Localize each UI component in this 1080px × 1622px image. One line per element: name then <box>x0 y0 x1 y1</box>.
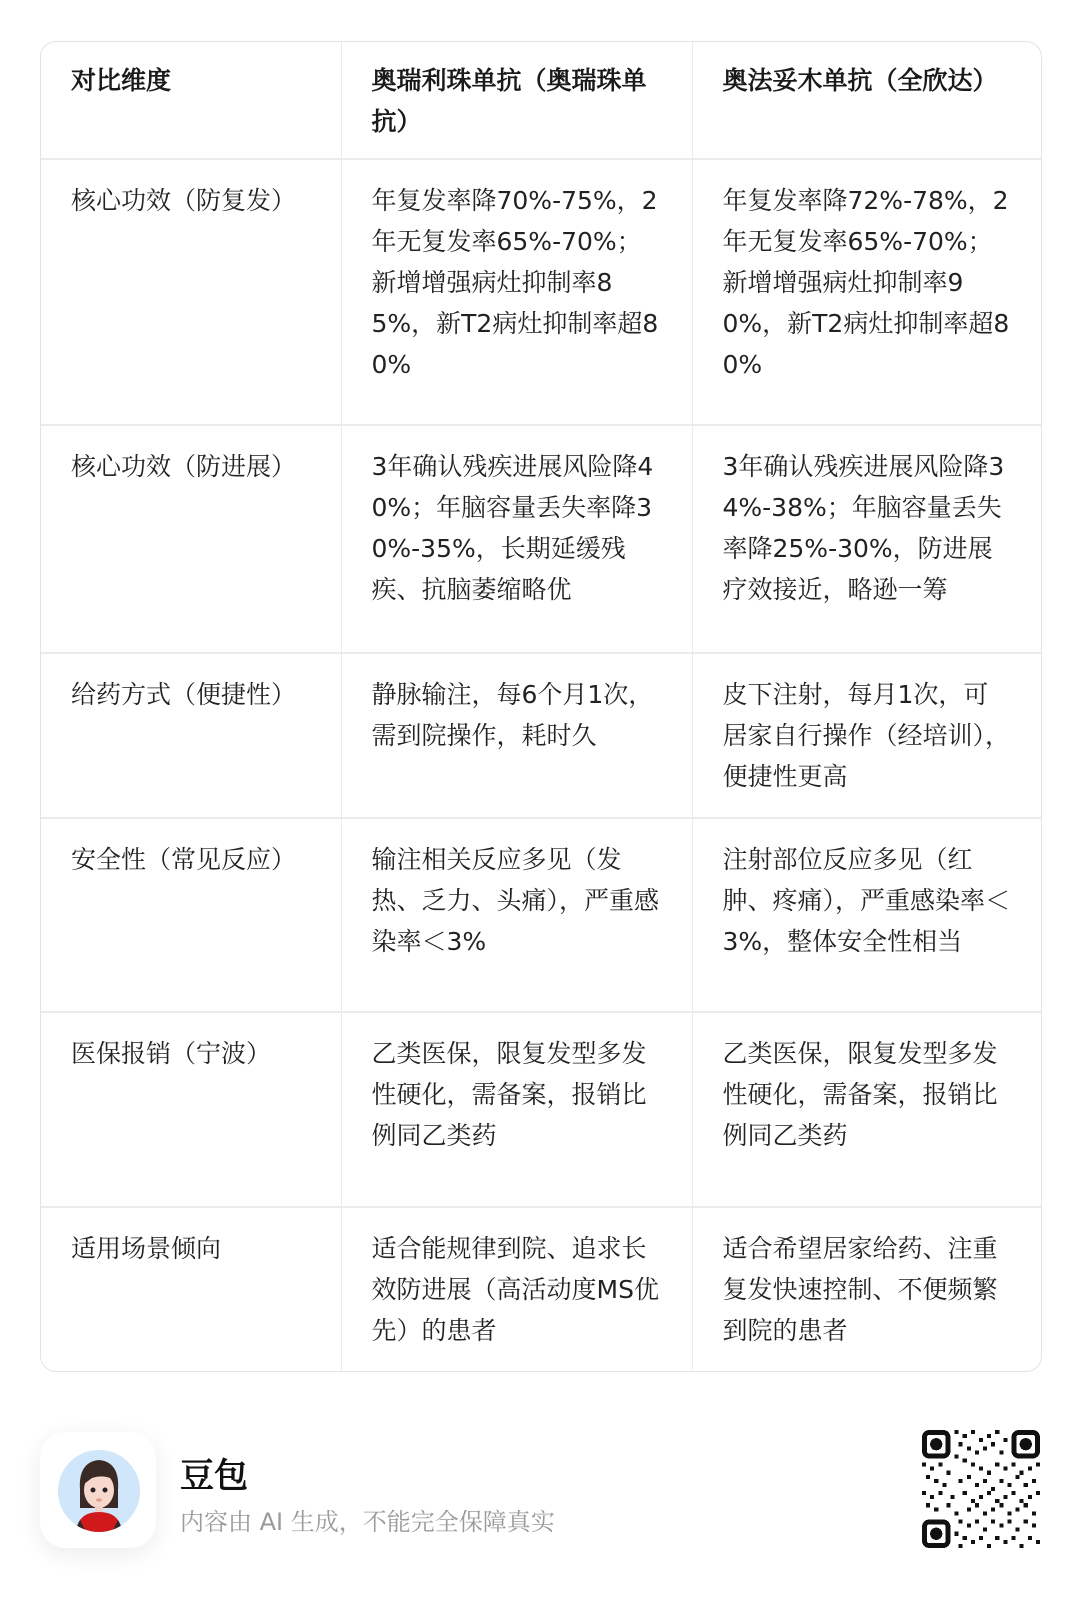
comparison-table: 对比维度 奥瑞利珠单抗（奥瑞珠单抗） 奥法妥木单抗（全欣达） 核心功效（防复发）… <box>41 42 1041 1371</box>
doubao-avatar-icon <box>58 1450 140 1532</box>
cell-ocrelizumab: 输注相关反应多见（发热、乏力、头痛），严重感染率＜3% <box>341 818 692 1012</box>
header-ocrelizumab: 奥瑞利珠单抗（奥瑞珠单抗） <box>341 42 692 159</box>
header-dimension: 对比维度 <box>41 42 341 159</box>
cell-ofatumumab: 适合希望居家给药、注重复发快速控制、不便频繁到院的患者 <box>692 1207 1041 1371</box>
cell-dimension: 安全性（常见反应） <box>41 818 341 1012</box>
cell-ofatumumab: 年复发率降72%-78%，2年无复发率65%-70%；新增增强病灶抑制率90%，… <box>692 159 1041 425</box>
cell-dimension: 核心功效（防进展） <box>41 425 341 653</box>
ai-disclaimer: 内容由 AI 生成，不能完全保障真实 <box>180 1502 555 1537</box>
cell-ofatumumab: 乙类医保，限复发型多发性硬化，需备案，报销比例同乙类药 <box>692 1012 1041 1207</box>
cell-ocrelizumab: 适合能规律到院、追求长效防进展（高活动度MS优先）的患者 <box>341 1207 692 1371</box>
cell-ocrelizumab: 3年确认残疾进展风险降40%；年脑容量丢失率降30%-35%，长期延缓残疾、抗脑… <box>341 425 692 653</box>
table-row: 医保报销（宁波） 乙类医保，限复发型多发性硬化，需备案，报销比例同乙类药 乙类医… <box>41 1012 1041 1207</box>
table-row: 安全性（常见反应） 输注相关反应多见（发热、乏力、头痛），严重感染率＜3% 注射… <box>41 818 1041 1012</box>
cell-ocrelizumab: 年复发率降70%-75%，2年无复发率65%-70%；新增增强病灶抑制率85%，… <box>341 159 692 425</box>
cell-ofatumumab: 3年确认残疾进展风险降34%-38%；年脑容量丢失率降25%-30%，防进展疗效… <box>692 425 1041 653</box>
table-row: 核心功效（防进展） 3年确认残疾进展风险降40%；年脑容量丢失率降30%-35%… <box>41 425 1041 653</box>
app-icon <box>40 1432 156 1548</box>
cell-dimension: 给药方式（便捷性） <box>41 653 341 818</box>
comparison-table-card: 对比维度 奥瑞利珠单抗（奥瑞珠单抗） 奥法妥木单抗（全欣达） 核心功效（防复发）… <box>40 41 1042 1372</box>
cell-ocrelizumab: 乙类医保，限复发型多发性硬化，需备案，报销比例同乙类药 <box>341 1012 692 1207</box>
cell-ofatumumab: 注射部位反应多见（红肿、疼痛），严重感染率＜3%，整体安全性相当 <box>692 818 1041 1012</box>
qr-code-icon <box>922 1430 1040 1548</box>
cell-ocrelizumab: 静脉输注，每6个月1次，需到院操作，耗时久 <box>341 653 692 818</box>
cell-dimension: 核心功效（防复发） <box>41 159 341 425</box>
cell-dimension: 医保报销（宁波） <box>41 1012 341 1207</box>
header-ofatumumab: 奥法妥木单抗（全欣达） <box>692 42 1041 159</box>
cell-dimension: 适用场景倾向 <box>41 1207 341 1371</box>
brand-name: 豆包 <box>180 1448 248 1497</box>
table-row: 给药方式（便捷性） 静脉输注，每6个月1次，需到院操作，耗时久 皮下注射，每月1… <box>41 653 1041 818</box>
cell-ofatumumab: 皮下注射，每月1次，可居家自行操作（经培训），便捷性更高 <box>692 653 1041 818</box>
footer-watermark: 豆包 内容由 AI 生成，不能完全保障真实 <box>40 1432 1040 1552</box>
table-header-row: 对比维度 奥瑞利珠单抗（奥瑞珠单抗） 奥法妥木单抗（全欣达） <box>41 42 1041 159</box>
table-row: 核心功效（防复发） 年复发率降70%-75%，2年无复发率65%-70%；新增增… <box>41 159 1041 425</box>
table-row: 适用场景倾向 适合能规律到院、追求长效防进展（高活动度MS优先）的患者 适合希望… <box>41 1207 1041 1371</box>
